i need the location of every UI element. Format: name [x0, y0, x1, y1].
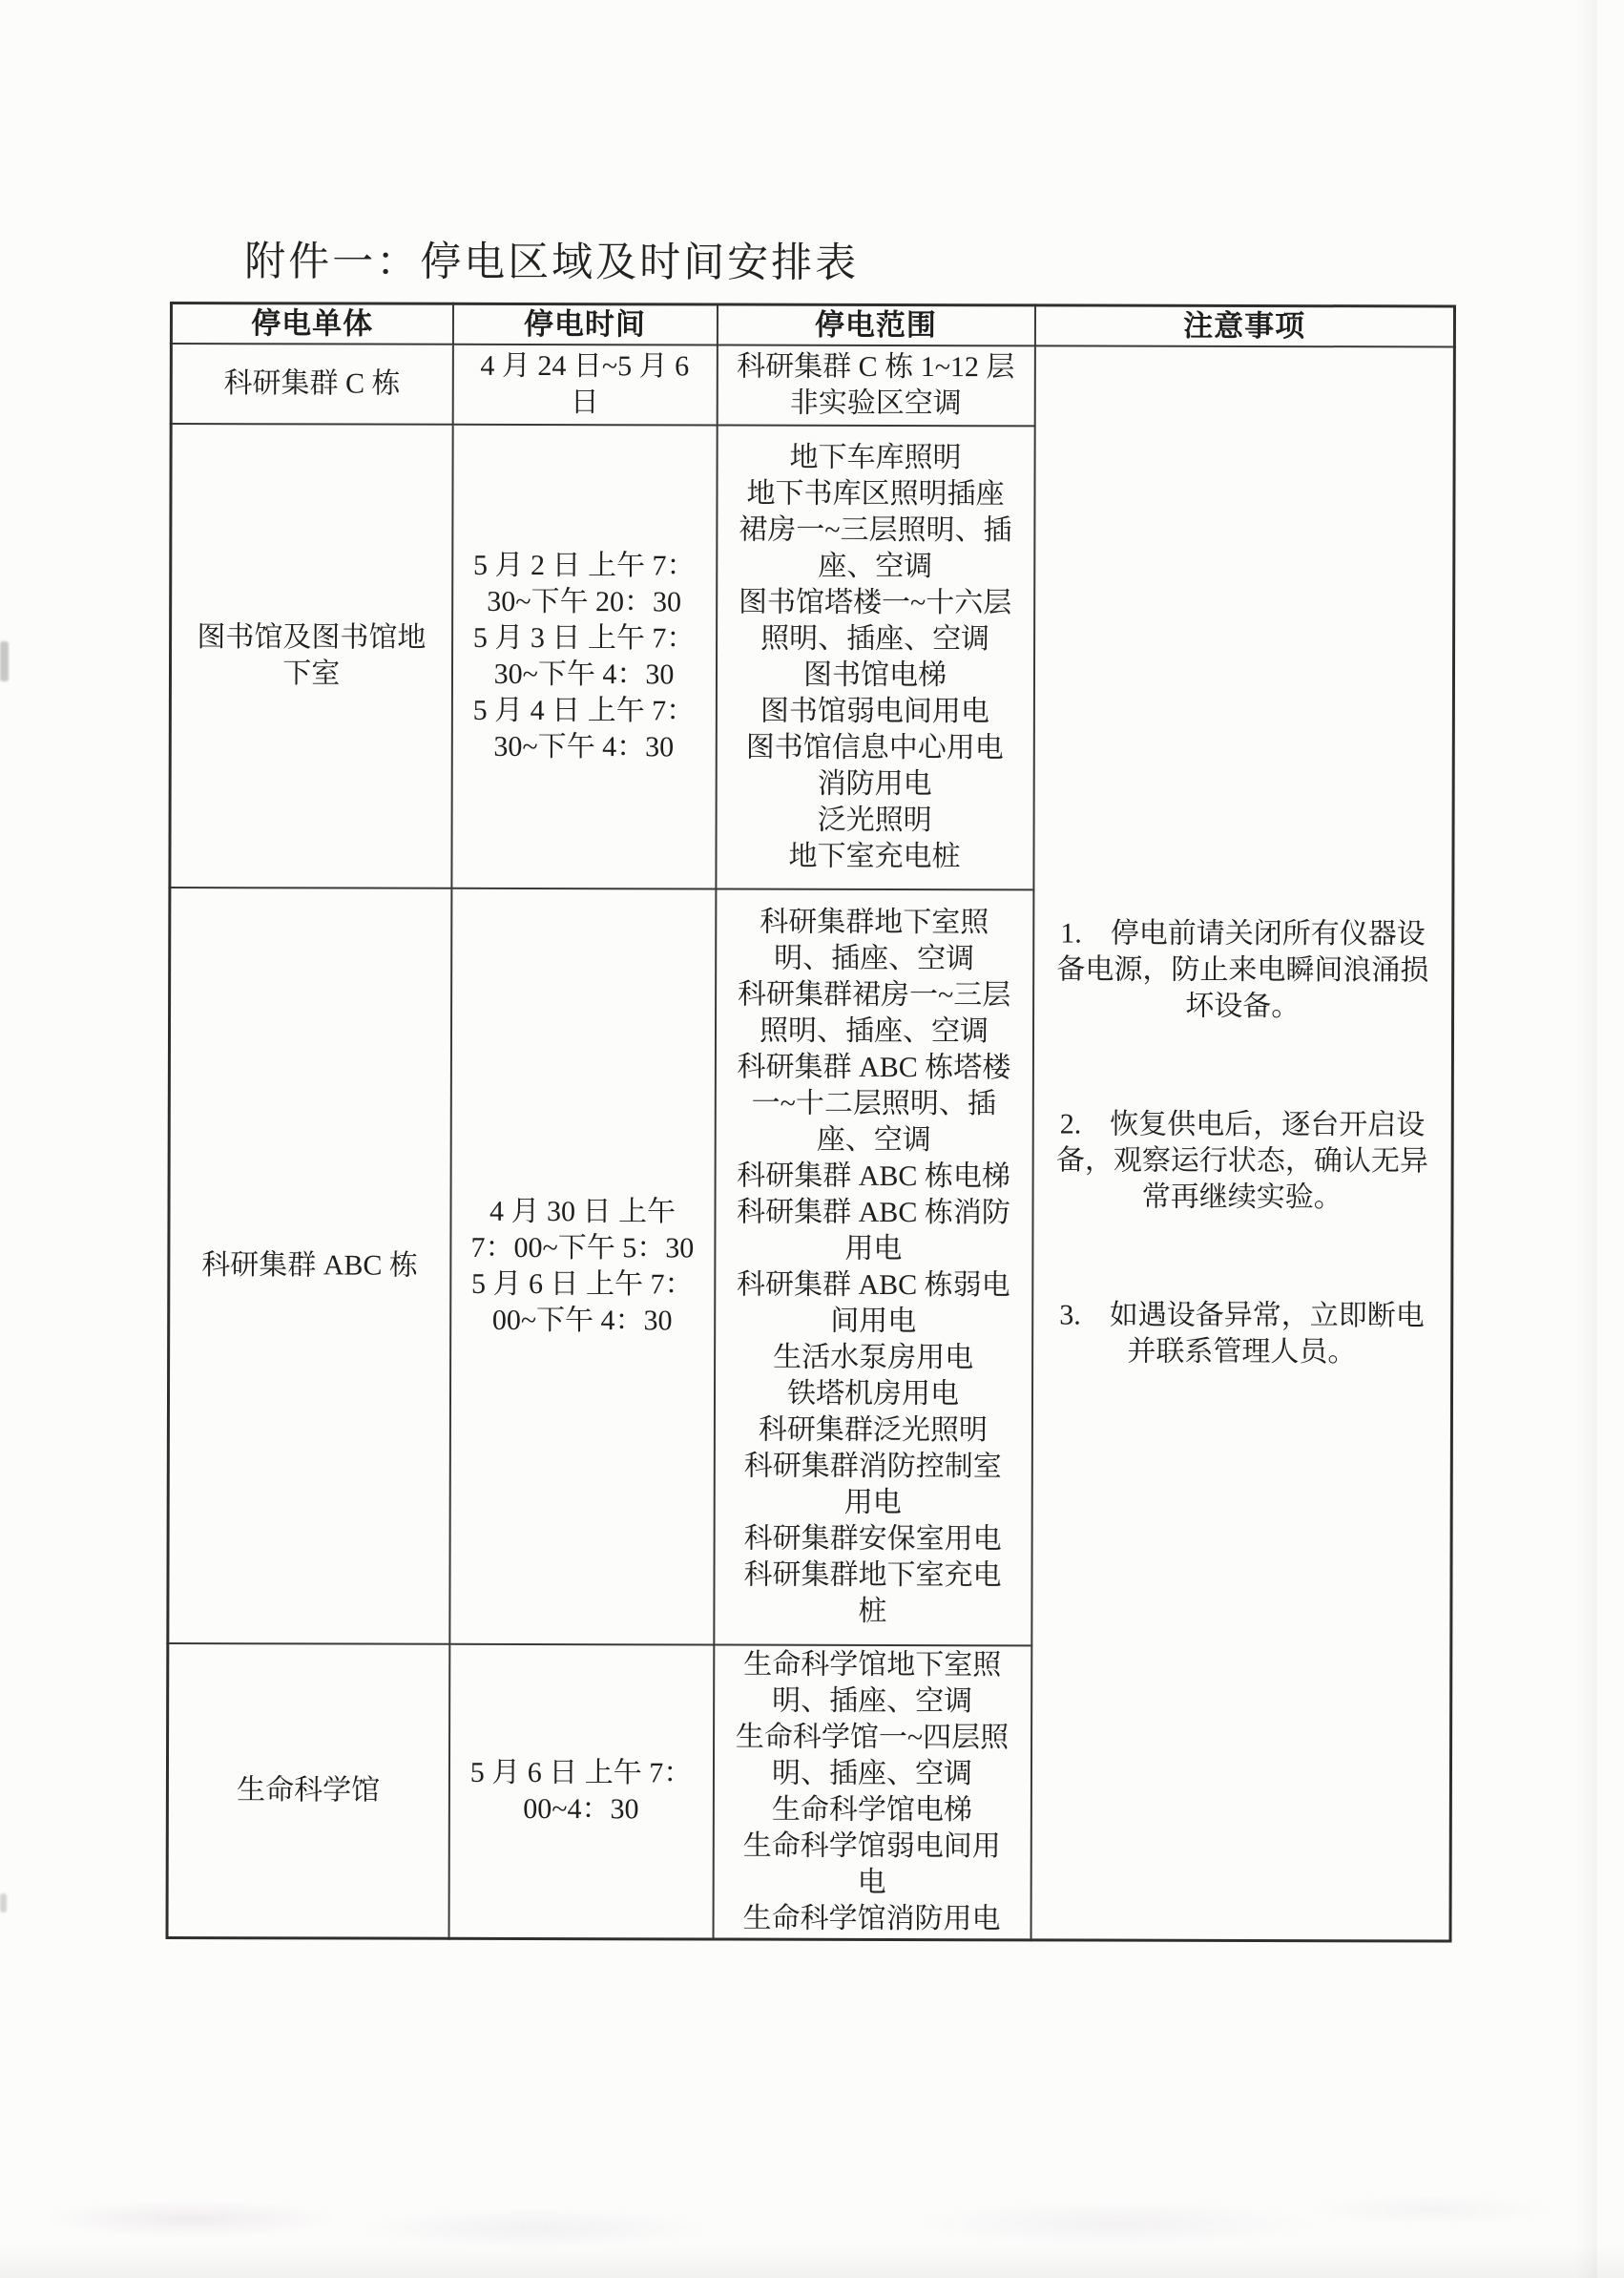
- col-header-scope: 停电范围: [717, 304, 1034, 345]
- table-header-row: 停电单体 停电时间 停电范围 注意事项: [171, 303, 1454, 346]
- cell-unit-research-cluster-abc: 科研集群 ABC 栋: [168, 888, 451, 1644]
- cell-scope-life-science-hall: 生命科学馆地下室照 明、插座、空调 生命科学馆一~四层照 明、插座、空调 生命科…: [713, 1644, 1031, 1939]
- outage-schedule-table: 停电单体 停电时间 停电范围 注意事项 科研集群 C 栋 4 月 24 日~5 …: [166, 302, 1456, 1943]
- cell-unit-library: 图书馆及图书馆地 下室: [170, 424, 452, 888]
- cell-unit-life-science-hall: 生命科学馆: [167, 1643, 449, 1938]
- cell-time-life-science-hall: 5 月 6 日 上午 7： 00~4：30: [448, 1644, 714, 1939]
- cell-notes-merged: 1. 停电前请关闭所有仪器设 备电源，防止来电瞬间浪涌损 坏设备。 2. 恢复供…: [1031, 345, 1454, 1941]
- note-item-1: 1. 停电前请关闭所有仪器设 备电源，防止来电瞬间浪涌损 坏设备。: [1036, 915, 1450, 1025]
- cell-unit-research-cluster-c: 科研集群 C 栋: [171, 344, 452, 425]
- note-item-2: 2. 恢复供电后，逐台开启设 备，观察运行状态，确认无异 常再继续实验。: [1035, 1106, 1449, 1216]
- note-item-3: 3. 如遇设备异常，立即断电 并联系管理人员。: [1035, 1297, 1449, 1370]
- table-row: 科研集群 C 栋 4 月 24 日~5 月 6 日 科研集群 C 栋 1~12 …: [171, 344, 1454, 428]
- col-header-notes: 注意事项: [1034, 305, 1454, 347]
- cell-time-research-cluster-c: 4 月 24 日~5 月 6 日: [452, 345, 717, 426]
- cell-time-library: 5 月 2 日 上午 7： 30~下午 20：30 5 月 3 日 上午 7： …: [451, 425, 717, 889]
- cell-scope-research-cluster-abc: 科研集群地下室照 明、插座、空调 科研集群裙房一~三层 照明、插座、空调 科研集…: [714, 888, 1033, 1645]
- scanned-sheet: 附件一：停电区域及时间安排表 停电单体 停电时间 停电范围 注意事项 科研集群 …: [0, 0, 1624, 2278]
- col-header-unit: 停电单体: [171, 303, 452, 344]
- cell-scope-library: 地下车库照明 地下书库区照明插座 裙房一~三层照明、插 座、空调 图书馆塔楼一~…: [716, 425, 1034, 889]
- cell-scope-research-cluster-c: 科研集群 C 栋 1~12 层 非实验区空调: [717, 345, 1034, 426]
- page-title: 附件一：停电区域及时间安排表: [244, 229, 859, 289]
- col-header-time: 停电时间: [452, 303, 717, 345]
- cell-time-research-cluster-abc: 4 月 30 日 上午 7：00~下午 5：30 5 月 6 日 上午 7： 0…: [449, 888, 716, 1645]
